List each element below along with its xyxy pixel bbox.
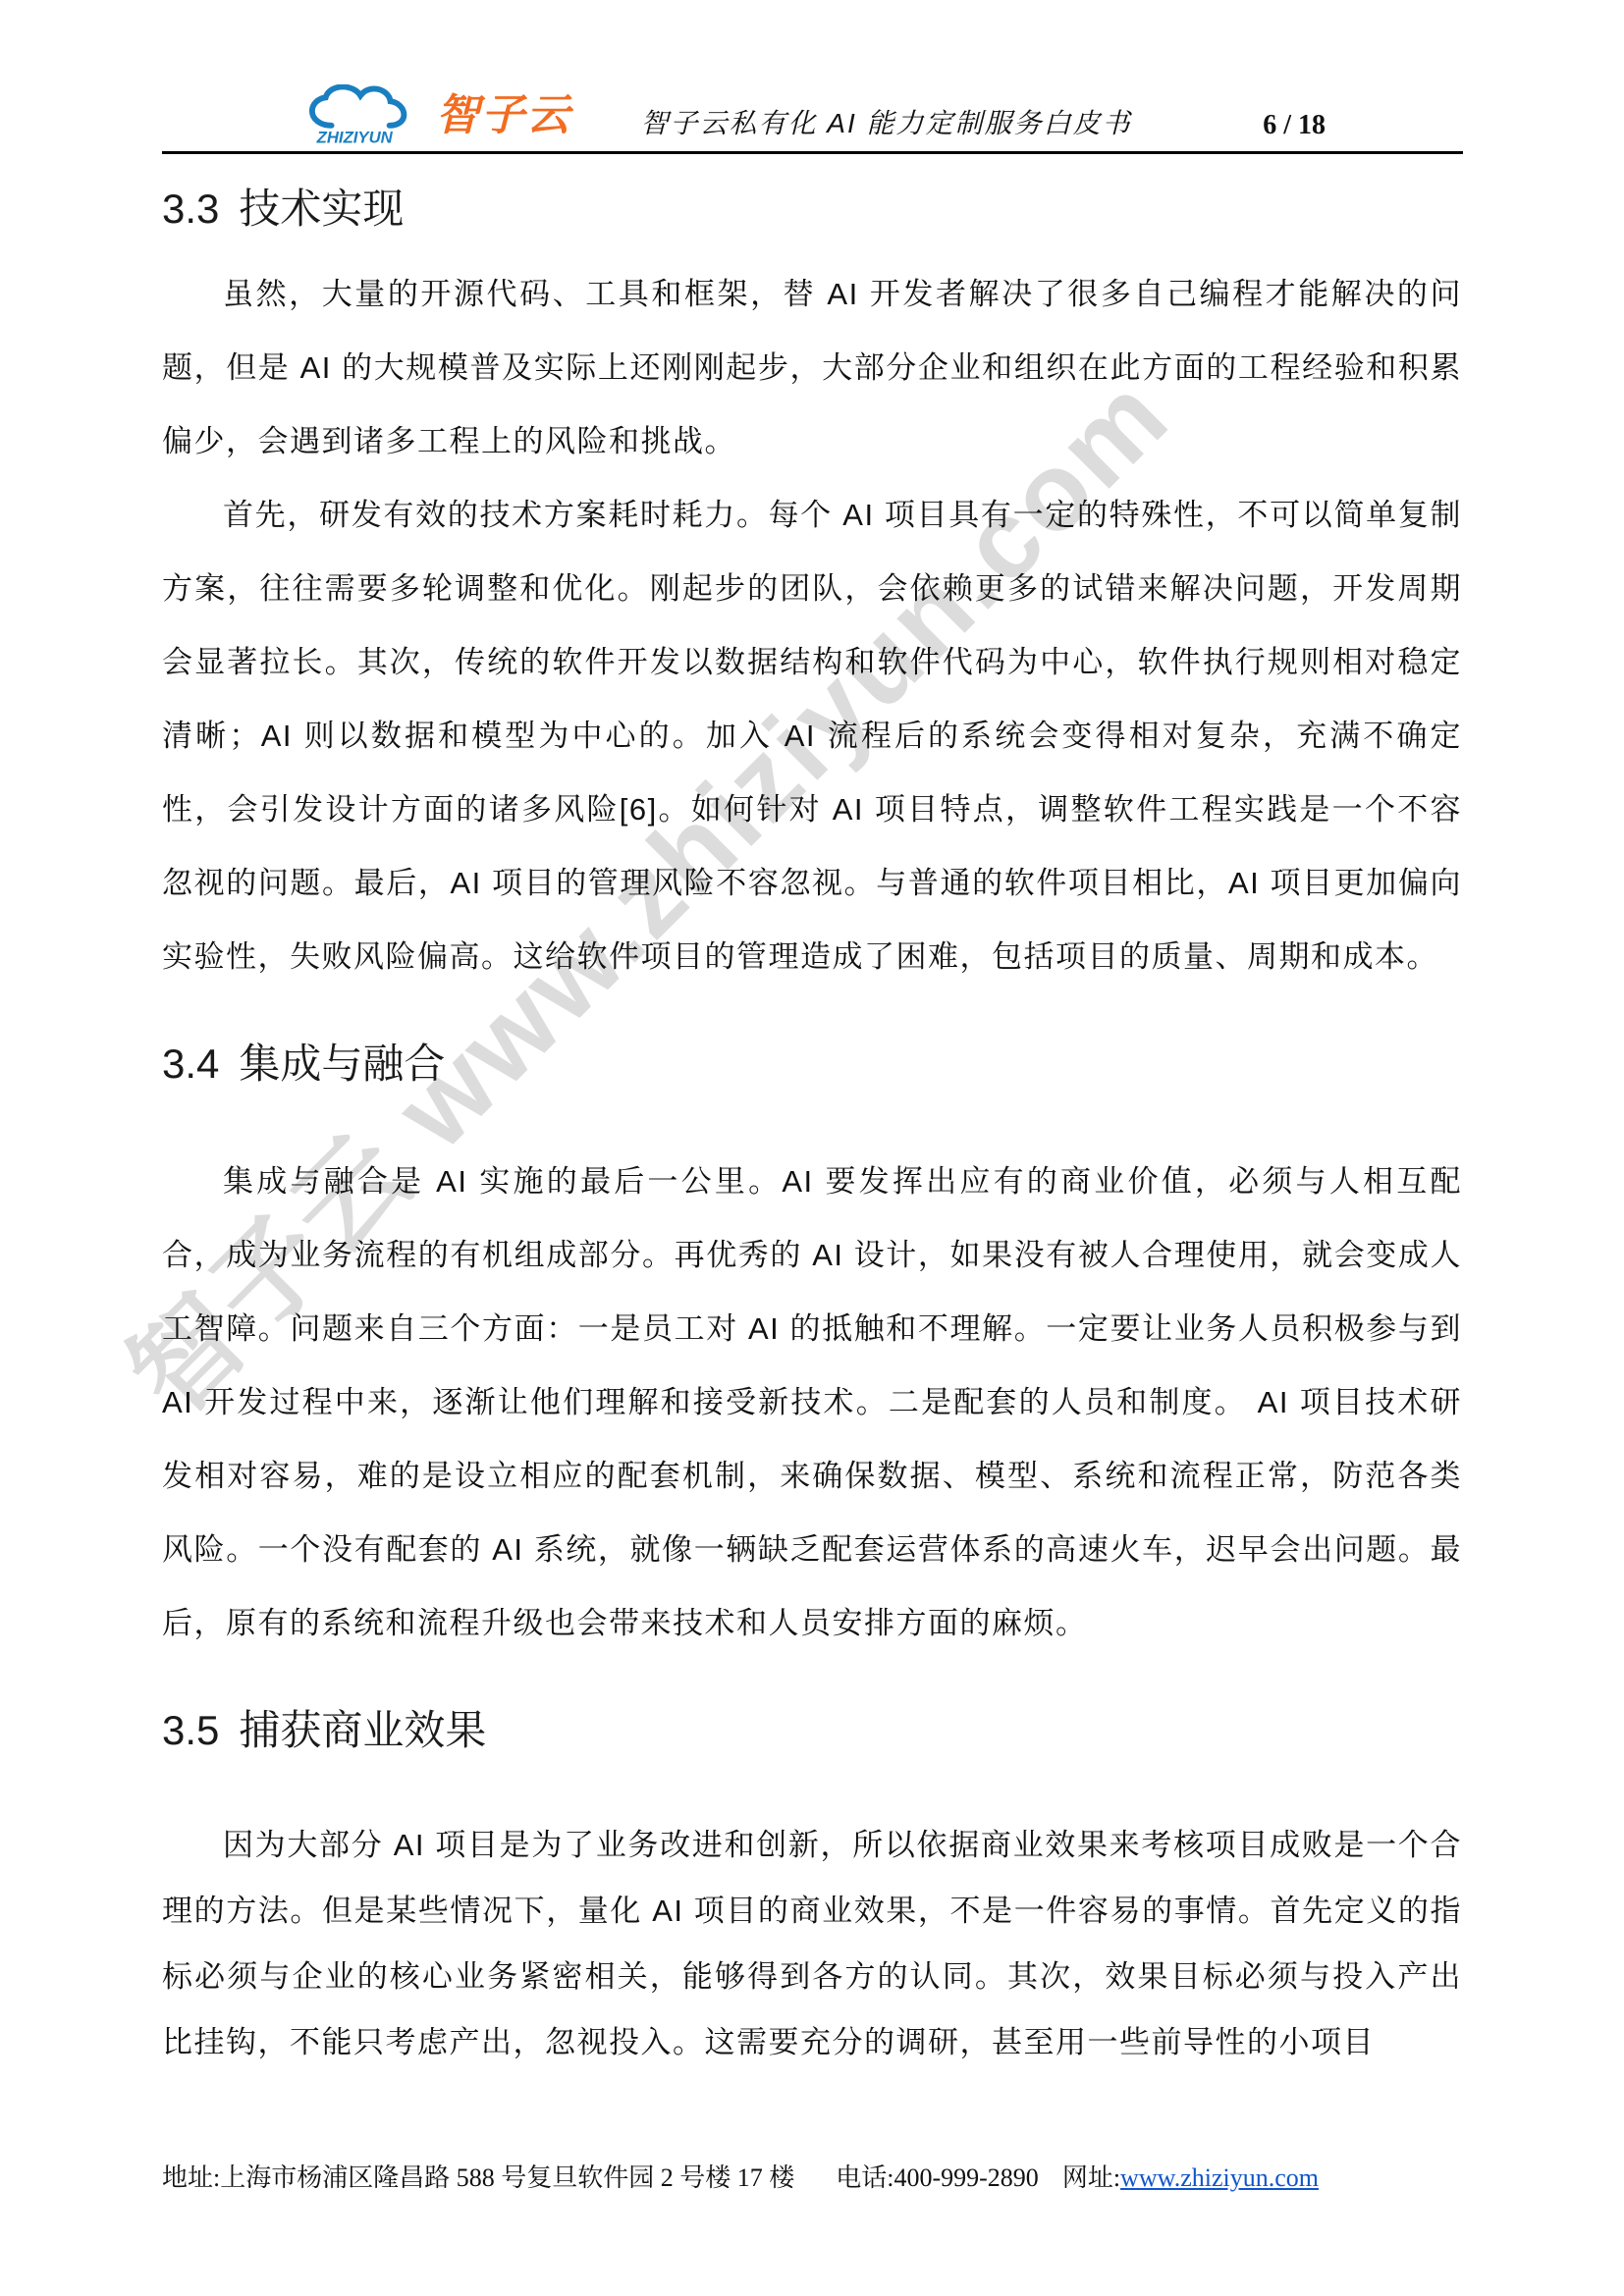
address-label: 地址:	[162, 2163, 220, 2192]
phone-label: 电话:	[836, 2163, 893, 2192]
address-value: 上海市杨浦区隆昌路 588 号复旦软件园 2 号楼 17 楼	[220, 2163, 794, 2192]
website-link[interactable]: www.zhiziyun.com	[1120, 2163, 1319, 2192]
section-number: 3.4	[162, 1041, 219, 1087]
paragraph: 集成与融合是 AI 实施的最后一公里。AI 要发挥出应有的商业价值，必须与人相互…	[162, 1145, 1462, 1660]
section-title: 技术实现	[239, 186, 404, 232]
website-label: 网址:	[1062, 2163, 1120, 2192]
section-number: 3.3	[162, 186, 219, 232]
page-number: 6 / 18	[1263, 110, 1326, 141]
page-footer: 地址:上海市杨浦区隆昌路 588 号复旦软件园 2 号楼 17 楼电话:400-…	[162, 2158, 1463, 2194]
phone-value: 400-999-2890	[893, 2163, 1038, 2192]
section-number: 3.5	[162, 1707, 219, 1753]
section-heading-3-4: 3.4集成与融合	[162, 1039, 1462, 1091]
document-body: 3.3技术实现 虽然，大量的开源代码、工具和框架，替 AI 开发者解决了很多自己…	[162, 184, 1462, 2075]
paragraph: 虽然，大量的开源代码、工具和框架，替 AI 开发者解决了很多自己编程才能解决的问…	[162, 257, 1462, 478]
section-title: 集成与融合	[239, 1041, 445, 1087]
section-heading-3-5: 3.5捕获商业效果	[162, 1705, 1462, 1757]
section-heading-3-3: 3.3技术实现	[162, 184, 1462, 236]
paragraph: 首先，研发有效的技术方案耗时耗力。每个 AI 项目具有一定的特殊性，不可以简单复…	[162, 478, 1462, 993]
paragraph: 因为大部分 AI 项目是为了业务改进和创新，所以依据商业效果来考核项目成败是一个…	[162, 1812, 1462, 2075]
document-page: 智子云 www.zhiziyun.com ZHIZIYUN 智子云 智子云私有化…	[0, 0, 1624, 2296]
page-header: ZHIZIYUN 智子云 智子云私有化 AI 能力定制服务白皮书 6 / 18	[162, 0, 1463, 154]
section-title: 捕获商业效果	[239, 1707, 486, 1753]
